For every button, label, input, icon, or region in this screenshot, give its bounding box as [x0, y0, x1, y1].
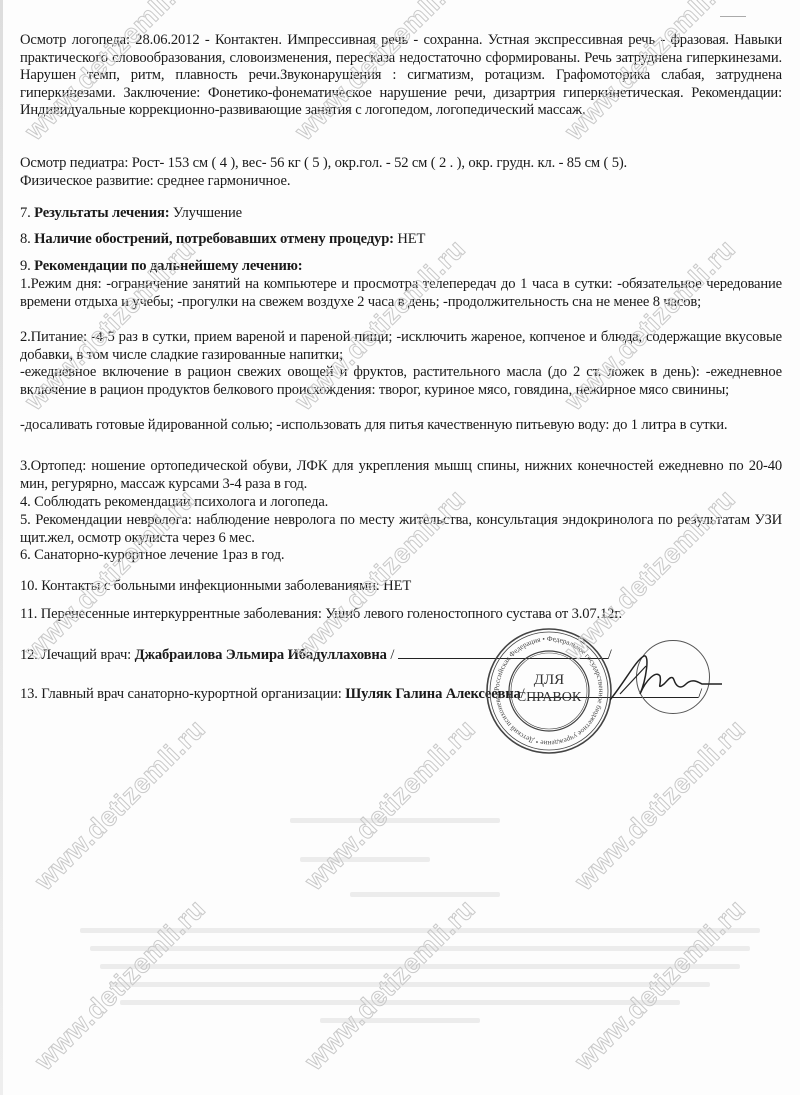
- bleed-through-line: [90, 946, 750, 951]
- section-11-intercurrent-diseases: 11. Перенесенные интеркуррентные заболев…: [20, 606, 782, 624]
- recommendation-item: 3.Ортопед: ношение ортопедической обуви,…: [20, 458, 782, 493]
- stamp-center-line1: ДЛЯ: [484, 672, 614, 689]
- bleed-through-line: [120, 1000, 680, 1005]
- recommendation-item: 4. Соблюдать рекомендации психолога и ло…: [20, 494, 782, 512]
- chief-physician-label: 13. Главный врач санаторно-курортной орг…: [20, 686, 342, 702]
- handwritten-signature-icon: [606, 650, 726, 710]
- slash: /: [390, 647, 394, 663]
- document-page: Осмотр логопеда: 28.06.2012 - Контактен.…: [0, 0, 800, 1095]
- watermark: www.detizemli.ru: [299, 714, 482, 897]
- scan-edge: [0, 0, 3, 1095]
- section-8-exacerbations: 8. Наличие обострений, потребовавших отм…: [20, 231, 782, 249]
- pediatrician-exam-line1: Осмотр педиатра: Рост- 153 см ( 4 ), вес…: [20, 155, 782, 173]
- section-7-treatment-results: 7. Результаты лечения: Улучшение: [20, 205, 782, 223]
- watermark: www.detizemli.ru: [29, 714, 212, 897]
- official-round-stamp: Российская Федерация • Федеральное госуд…: [484, 626, 614, 756]
- bleed-through-line: [320, 1018, 480, 1023]
- section-7-number: 7.: [20, 205, 31, 221]
- recommendation-item: 2.Питание: -4-5 раз в сутки, прием варен…: [20, 329, 782, 364]
- attending-physician-name: Джабраилова Эльмира Ибадуллаховна: [135, 647, 387, 663]
- section-9-label: Рекомендации по дальнейшему лечению:: [34, 258, 302, 274]
- recommendation-item: -ежедневное включение в рацион свежих ов…: [20, 364, 782, 399]
- section-7-value: Улучшение: [173, 205, 242, 221]
- recommendation-item: 1.Режим дня: -ограничение занятий на ком…: [20, 276, 782, 311]
- section-7-label: Результаты лечения:: [34, 205, 169, 221]
- attending-physician-label: 12. Лечащий врач:: [20, 647, 131, 663]
- speech-therapist-exam: Осмотр логопеда: 28.06.2012 - Контактен.…: [20, 32, 782, 120]
- corner-pen-mark: [720, 12, 746, 17]
- stamp-center-line2: СПРАВОК: [484, 690, 614, 706]
- section-10-infectious-contacts: 10. Контакты с больными инфекционными за…: [20, 578, 782, 596]
- bleed-through-line: [100, 964, 740, 969]
- recommendation-item: 5. Рекомендации невролога: наблюдение не…: [20, 512, 782, 547]
- bleed-through-line: [80, 928, 760, 933]
- section-8-value: НЕТ: [397, 231, 425, 247]
- recommendation-item: 6. Санаторно-курортное лечение 1раз в го…: [20, 547, 782, 565]
- section-8-label: Наличие обострений, потребовавших отмену…: [34, 231, 394, 247]
- bleed-through-line: [110, 982, 710, 987]
- bleed-through-line: [350, 892, 500, 897]
- section-9-number: 9.: [20, 258, 31, 274]
- section-8-number: 8.: [20, 231, 31, 247]
- pediatrician-exam-line2: Физическое развитие: среднее гармоничное…: [20, 173, 782, 191]
- recommendation-item: -досаливать готовые йдированной солью; -…: [20, 417, 782, 435]
- bleed-through-line: [290, 818, 500, 823]
- bleed-through-line: [300, 857, 430, 862]
- section-9-heading: 9. Рекомендации по дальнейшему лечению:: [20, 258, 782, 276]
